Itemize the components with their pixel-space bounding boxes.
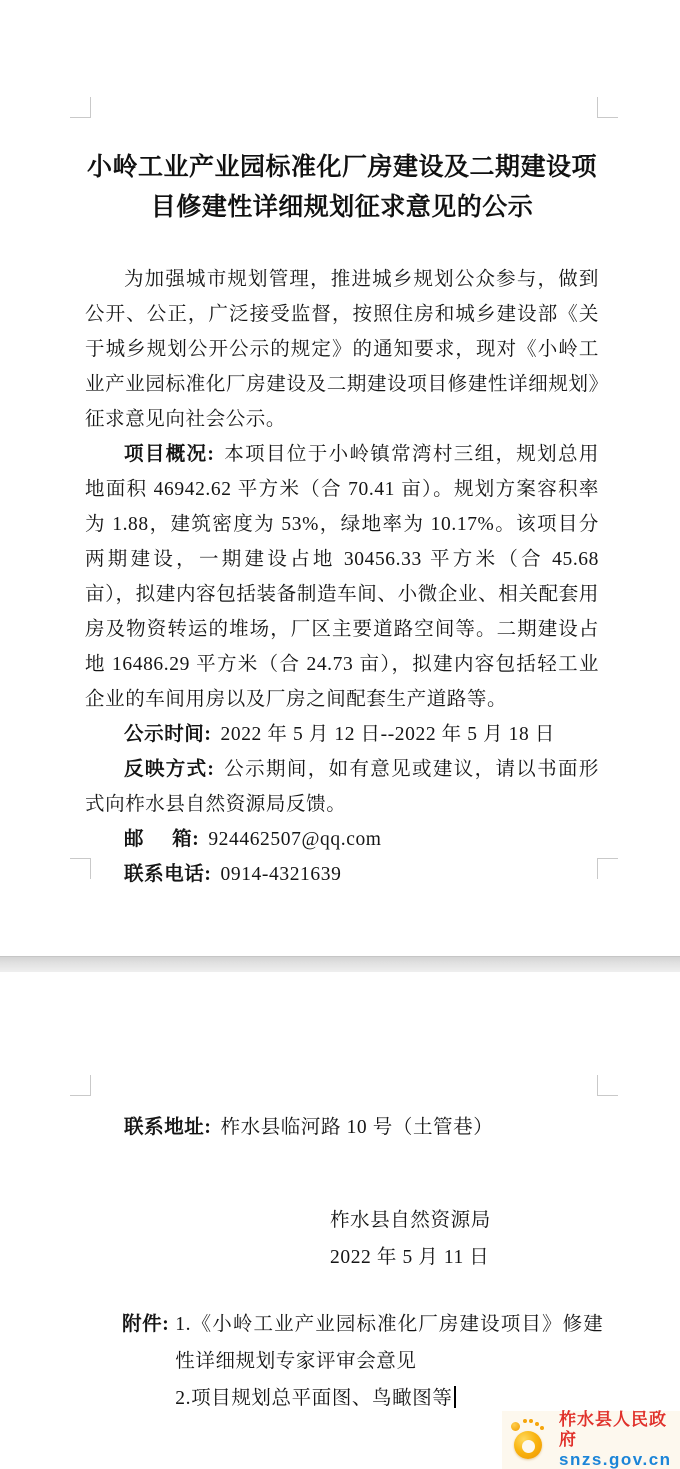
phone-label: 联系电话: bbox=[124, 864, 212, 885]
document-canvas: 小岭工业产业园标准化厂房建设及二期建设项目修建性详细规划征求意见的公示 为加强城… bbox=[0, 0, 680, 1469]
publicity-time-label: 公示时间: bbox=[124, 724, 212, 745]
gov-logo-text: 柞水县人民政府 snzs.gov.cn bbox=[559, 1410, 680, 1469]
text-caret bbox=[454, 1386, 456, 1408]
attachments-block: 附件: 1.《小岭工业产业园标准化厂房建设项目》修建性详细规划专家评审会意见 2… bbox=[122, 1306, 603, 1417]
project-overview-text: 本项目位于小岭镇常湾村三组，规划总用地面积 46942.62 平方米（合 70.… bbox=[85, 444, 599, 710]
attachment-item: 1.《小岭工业产业园标准化厂房建设项目》修建性详细规划专家评审会意见 bbox=[175, 1306, 603, 1380]
document-title: 小岭工业产业园标准化厂房建设及二期建设项目修建性详细规划征求意见的公示 bbox=[85, 148, 599, 228]
signature-organization: 柞水县自然资源局 bbox=[330, 1202, 491, 1239]
project-overview-label: 项目概况: bbox=[124, 444, 215, 465]
page-1[interactable]: 小岭工业产业园标准化厂房建设及二期建设项目修建性详细规划征求意见的公示 为加强城… bbox=[0, 0, 680, 956]
signature-date: 2022 年 5 月 11 日 bbox=[330, 1239, 491, 1276]
gov-name: 柞水县人民政府 bbox=[559, 1410, 680, 1450]
gov-site-logo[interactable]: 柞水县人民政府 snzs.gov.cn bbox=[502, 1411, 680, 1469]
paw-print-icon bbox=[510, 1419, 550, 1461]
page-margin-crop-mark bbox=[597, 97, 618, 118]
phone-value: 0914-4321639 bbox=[221, 864, 342, 885]
publicity-time-value: 2022 年 5 月 12 日--2022 年 5 月 18 日 bbox=[221, 724, 555, 745]
email-label-left: 邮 bbox=[124, 829, 144, 850]
page-2[interactable]: 联系地址:柞水县临河路 10 号（土管巷） 柞水县自然资源局 2022 年 5 … bbox=[0, 972, 680, 1469]
email-label-right: 箱: bbox=[172, 829, 199, 850]
page-margin-crop-mark bbox=[597, 1075, 618, 1096]
attachment-item-text: 2.项目规划总平面图、鸟瞰图等 bbox=[175, 1388, 452, 1409]
page-1-content: 小岭工业产业园标准化厂房建设及二期建设项目修建性详细规划征求意见的公示 为加强城… bbox=[85, 0, 599, 892]
signature-block: 柞水县自然资源局 2022 年 5 月 11 日 bbox=[330, 1202, 491, 1276]
feedback-method-paragraph: 反映方式:公示期间，如有意见或建议，请以书面形式向柞水县自然资源局反馈。 bbox=[85, 752, 599, 822]
gov-domain: snzs.gov.cn bbox=[559, 1450, 680, 1469]
address-value: 柞水县临河路 10 号（土管巷） bbox=[221, 1117, 494, 1138]
page-separator bbox=[0, 956, 680, 972]
page-margin-crop-mark bbox=[597, 858, 618, 879]
project-overview-paragraph: 项目概况:本项目位于小岭镇常湾村三组，规划总用地面积 46942.62 平方米（… bbox=[85, 437, 599, 717]
attachments-list: 1.《小岭工业产业园标准化厂房建设项目》修建性详细规划专家评审会意见 2.项目规… bbox=[175, 1306, 603, 1417]
phone-line: 联系电话:0914-4321639 bbox=[85, 857, 599, 892]
feedback-method-label: 反映方式: bbox=[124, 759, 215, 780]
address-line: 联系地址:柞水县临河路 10 号（土管巷） bbox=[85, 1110, 599, 1145]
email-value: 924462507@qq.com bbox=[208, 829, 381, 850]
email-line: 邮箱:924462507@qq.com bbox=[85, 822, 599, 857]
attachments-label: 附件: bbox=[122, 1306, 169, 1343]
intro-paragraph: 为加强城市规划管理，推进城乡规划公众参与，做到公开、公正，广泛接受监督，按照住房… bbox=[85, 262, 599, 437]
page-margin-crop-mark bbox=[70, 1075, 91, 1096]
publicity-time-line: 公示时间:2022 年 5 月 12 日--2022 年 5 月 18 日 bbox=[85, 717, 599, 752]
address-label: 联系地址: bbox=[124, 1117, 212, 1138]
